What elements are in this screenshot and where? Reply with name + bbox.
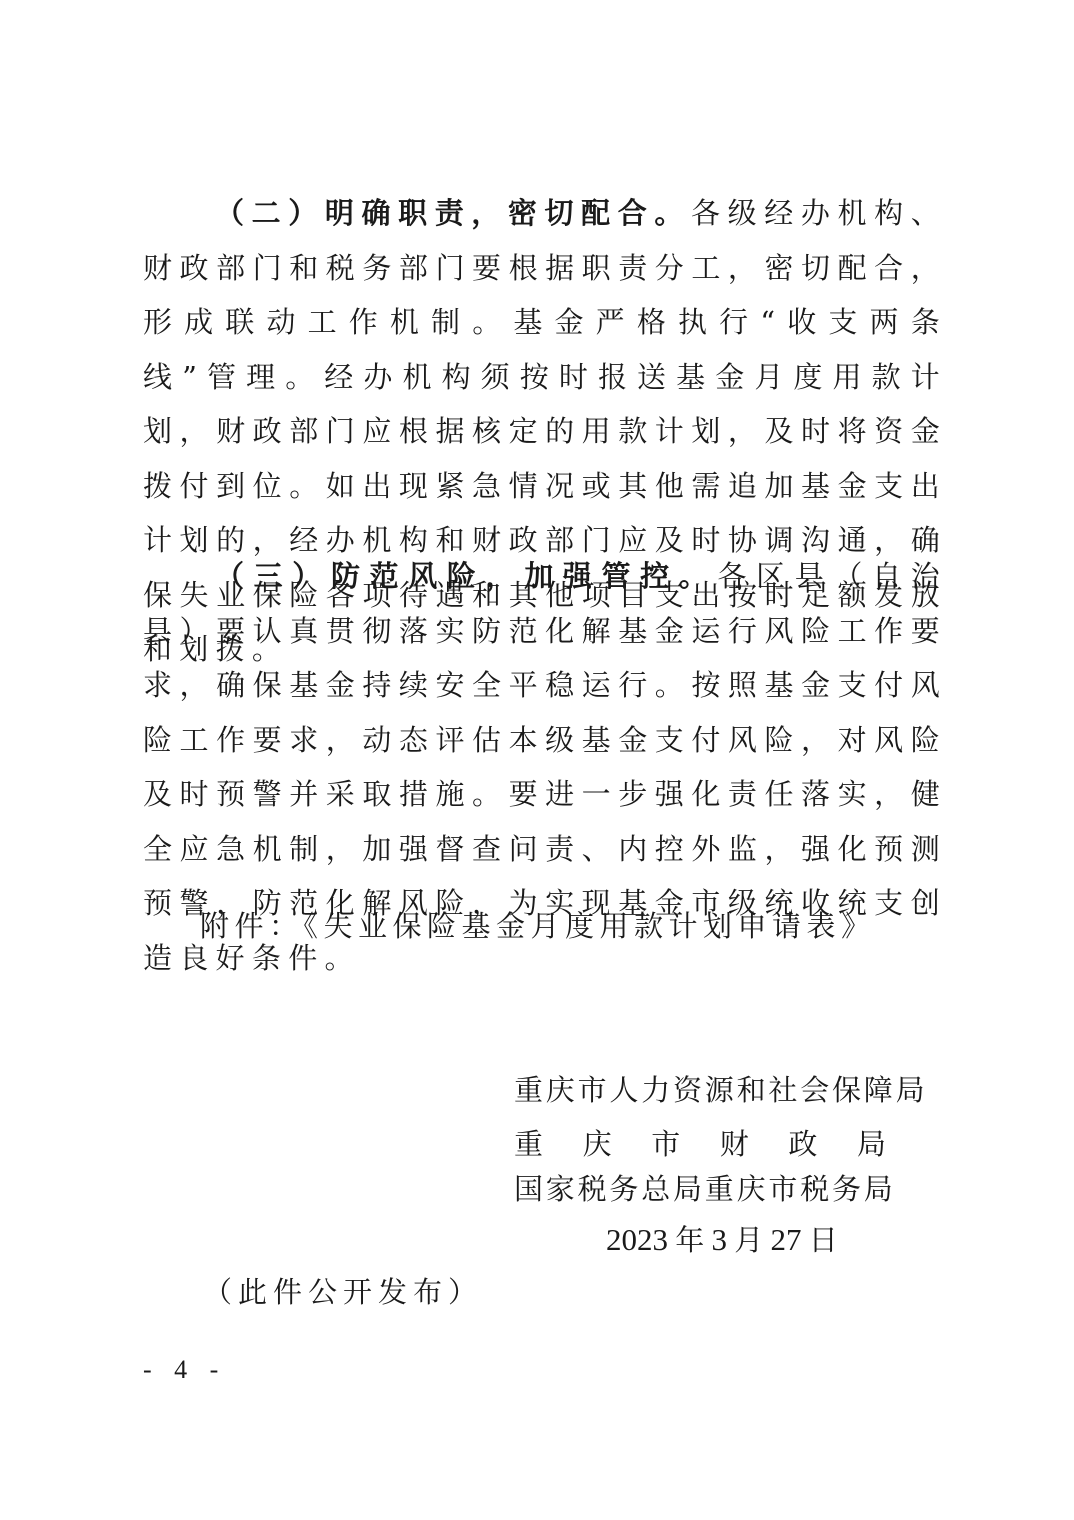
page-number: - 4 - (143, 1355, 226, 1385)
signatory-hrss-bureau: 重庆市人力资源和社会保障局 (514, 1063, 927, 1117)
date-year-unit: 年 (675, 1225, 704, 1257)
section-2-heading: （二）明确职责，密切配合。 (215, 196, 691, 230)
disclosure-note: （此件公开发布） (203, 1265, 483, 1319)
attachment-reference: 附件：《失业保险基金月度用款计划申请表》 (200, 899, 876, 953)
date-month-unit: 月 (734, 1225, 763, 1257)
document-page: （二）明确职责，密切配合。各级经办机构、财政部门和税务部门要根据职责分工，密切配… (0, 0, 1074, 1520)
section-3-heading: （三）防范风险，加强管控。 (215, 559, 717, 593)
issue-date: 2023 年 3 月 27 日 (606, 1213, 838, 1268)
signatory-tax-bureau: 国家税务总局重庆市税务局 (514, 1162, 896, 1216)
date-day-unit: 日 (809, 1225, 838, 1257)
date-day: 27 (771, 1222, 802, 1257)
date-month: 3 (712, 1222, 728, 1257)
date-year: 2023 (606, 1222, 668, 1257)
